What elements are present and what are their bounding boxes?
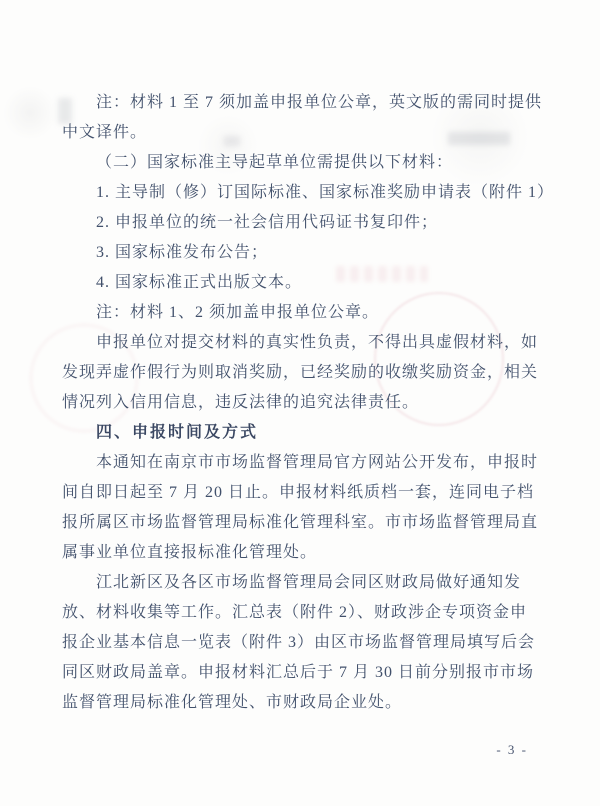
text-line: 情况列入信用信息，违反法律的追究法律责任。 — [62, 388, 544, 418]
text-line: （二）国家标准主导起草单位需提供以下材料： — [62, 148, 544, 178]
text-line: 4. 国家标准正式出版文本。 — [62, 268, 544, 298]
text-line: 本通知在南京市市场监督管理局官方网站公开发布，申报时 — [62, 448, 544, 478]
section-heading: 四、申报时间及方式 — [62, 418, 544, 448]
page-number: - 3 - — [496, 742, 528, 758]
text-line: 间自即日起至 7 月 20 日止。申报材料纸质档一套，连同电子档 — [62, 478, 544, 508]
text-line: 报企业基本信息一览表（附件 3）由区市场监督管理局填写后会 — [62, 628, 544, 658]
text-line: 江北新区及各区市场监督管理局会同区财政局做好通知发 — [62, 568, 544, 598]
text-line: 监督管理局标准化管理处、市财政局企业处。 — [62, 688, 544, 718]
text-line: 注：材料 1、2 须加盖申报单位公章。 — [62, 298, 544, 328]
text-line: 报所属区市场监督管理局标准化管理科室。市市场监督管理局直 — [62, 508, 544, 538]
text-line: 发现弄虚作假行为则取消奖励，已经奖励的收缴奖励资金，相关 — [62, 358, 544, 388]
text-line: 注：材料 1 至 7 须加盖申报单位公章，英文版的需同时提供 — [62, 88, 544, 118]
text-line: 中文译件。 — [62, 118, 544, 148]
text-line: 1. 主导制（修）订国际标准、国家标准奖励申请表（附件 1）； — [62, 178, 544, 208]
text-line: 2. 申报单位的统一社会信用代码证书复印件； — [62, 208, 544, 238]
text-line: 3. 国家标准发布公告； — [62, 238, 544, 268]
text-line: 申报单位对提交材料的真实性负责，不得出具虚假材料，如 — [62, 328, 544, 358]
text-line: 同区财政局盖章。申报材料汇总后于 7 月 30 日前分别报市市场 — [62, 658, 544, 688]
text-line: 放、材料收集等工作。汇总表（附件 2）、财政涉企专项资金申 — [62, 598, 544, 628]
text-line: 属事业单位直接报标准化管理处。 — [62, 538, 544, 568]
document-body: 注：材料 1 至 7 须加盖申报单位公章，英文版的需同时提供中文译件。（二）国家… — [62, 88, 544, 718]
scanned-document-page: 注：材料 1 至 7 须加盖申报单位公章，英文版的需同时提供中文译件。（二）国家… — [0, 0, 600, 806]
